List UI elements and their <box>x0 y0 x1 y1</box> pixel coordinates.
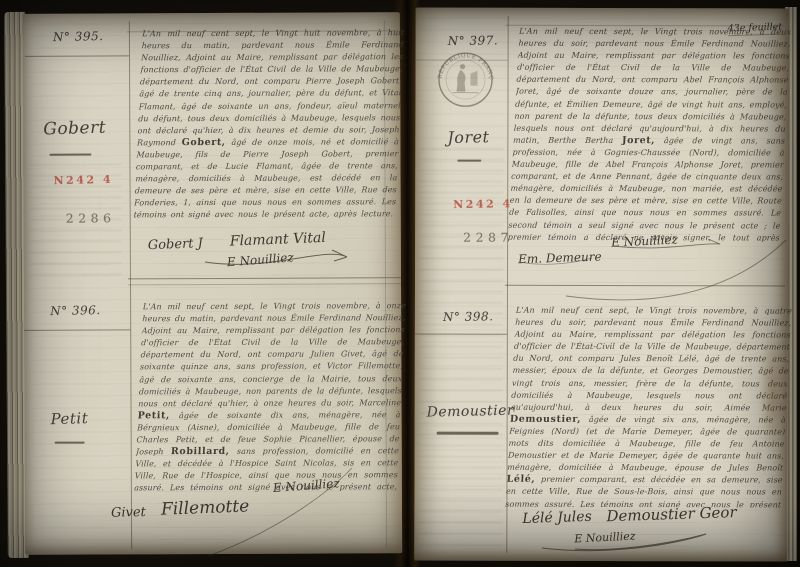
official-signature: E Nouilliez <box>226 250 294 269</box>
inline-surname: Robillard, <box>171 446 230 457</box>
red-number-stamp: N242 4 <box>453 197 513 211</box>
margin-name-underline <box>437 432 499 435</box>
margin-heading-rule <box>415 334 507 335</box>
act-number: N° 395. <box>53 29 104 44</box>
marianne-figure <box>460 64 465 69</box>
left-page: N° 395. Gobert N242 4 2286 L'An mil neuf… <box>23 12 402 555</box>
witness-signature: Em. Demeure <box>518 250 602 267</box>
witness-signature: Givet <box>111 505 146 521</box>
serial-number-stamp: 2286 <box>66 210 116 225</box>
official-signature: E Nouilliez <box>611 232 678 249</box>
inline-surname: Petit, <box>137 410 170 421</box>
right-page: 43e feuillet N° 397. RÉPUBLIQUE FRANÇAIS… <box>414 8 788 562</box>
margin-name: Joret <box>447 127 490 147</box>
margin-name: Demoustier <box>426 403 514 421</box>
act-text-part: L'An mil neuf cent sept, le Vingt huit n… <box>137 28 405 147</box>
stamp-inner-ring <box>446 60 485 99</box>
serial-number-stamp: 2287 <box>463 230 513 245</box>
act-number: N° 396. <box>50 303 101 318</box>
act-separator <box>128 283 401 285</box>
margin-name-underline <box>457 160 481 162</box>
margin-heading-rule <box>25 55 129 56</box>
republique-francaise-stamp: RÉPUBLIQUE FRANÇAISE <box>435 50 495 110</box>
act-text: L'An mil neuf cent sept, le Vingt huit n… <box>132 27 404 244</box>
witness-signature: Fillemotte <box>161 496 250 519</box>
act-text: L'An mil neuf cent sept, le Vingt trois … <box>507 26 791 246</box>
official-signature: E Nouilliez <box>574 529 636 545</box>
act-number: N° 398. <box>443 309 494 324</box>
red-number-stamp: N242 4 <box>53 173 113 187</box>
witness-signature: Flamant Vital <box>230 230 327 250</box>
act-text-part: premier comparant, est décédée en sa dem… <box>505 475 783 507</box>
marianne-figure <box>457 70 466 92</box>
margin-name-underline <box>55 442 85 444</box>
inline-surname: Lélé, <box>506 474 535 485</box>
act-separator <box>505 285 785 287</box>
margin-name: Gobert <box>43 118 106 140</box>
act-text-part: L'An mil neuf cent sept, le Vingt trois … <box>513 27 791 145</box>
act-text-part: L'An mil neuf cent sept, le Vingt trois … <box>510 306 792 412</box>
act-text-part: âgé de onze mois, né et domicilié à Maub… <box>133 137 399 220</box>
register-book-scan: N° 395. Gobert N242 4 2286 L'An mil neuf… <box>0 0 800 567</box>
act-text-part: L'An mil neuf cent sept, le Vingt trois … <box>138 301 406 408</box>
margin-heading-rule <box>24 329 130 330</box>
stamp-building <box>471 71 478 86</box>
margin-name-underline <box>49 154 91 156</box>
act-text-part: âgée de vingt ans, sans profession, née … <box>507 136 785 245</box>
inline-surname: Demoustier, <box>510 414 582 425</box>
inline-surname: Gobert, <box>181 137 226 148</box>
act-text: L'An mil neuf cent sept, le Vingt trois … <box>134 300 406 495</box>
act-text: L'An mil neuf cent sept, le Vingt trois … <box>505 305 792 508</box>
witness-signature: Lélé Jules <box>522 509 592 527</box>
act-separator <box>128 277 401 279</box>
act-number: N° 397. <box>448 33 499 48</box>
witness-signature: Demoustier Geor <box>606 503 737 525</box>
inline-surname: Joret, <box>622 135 656 146</box>
margin-name: Petit <box>50 409 88 428</box>
witness-signature: Gobert J <box>148 236 204 253</box>
